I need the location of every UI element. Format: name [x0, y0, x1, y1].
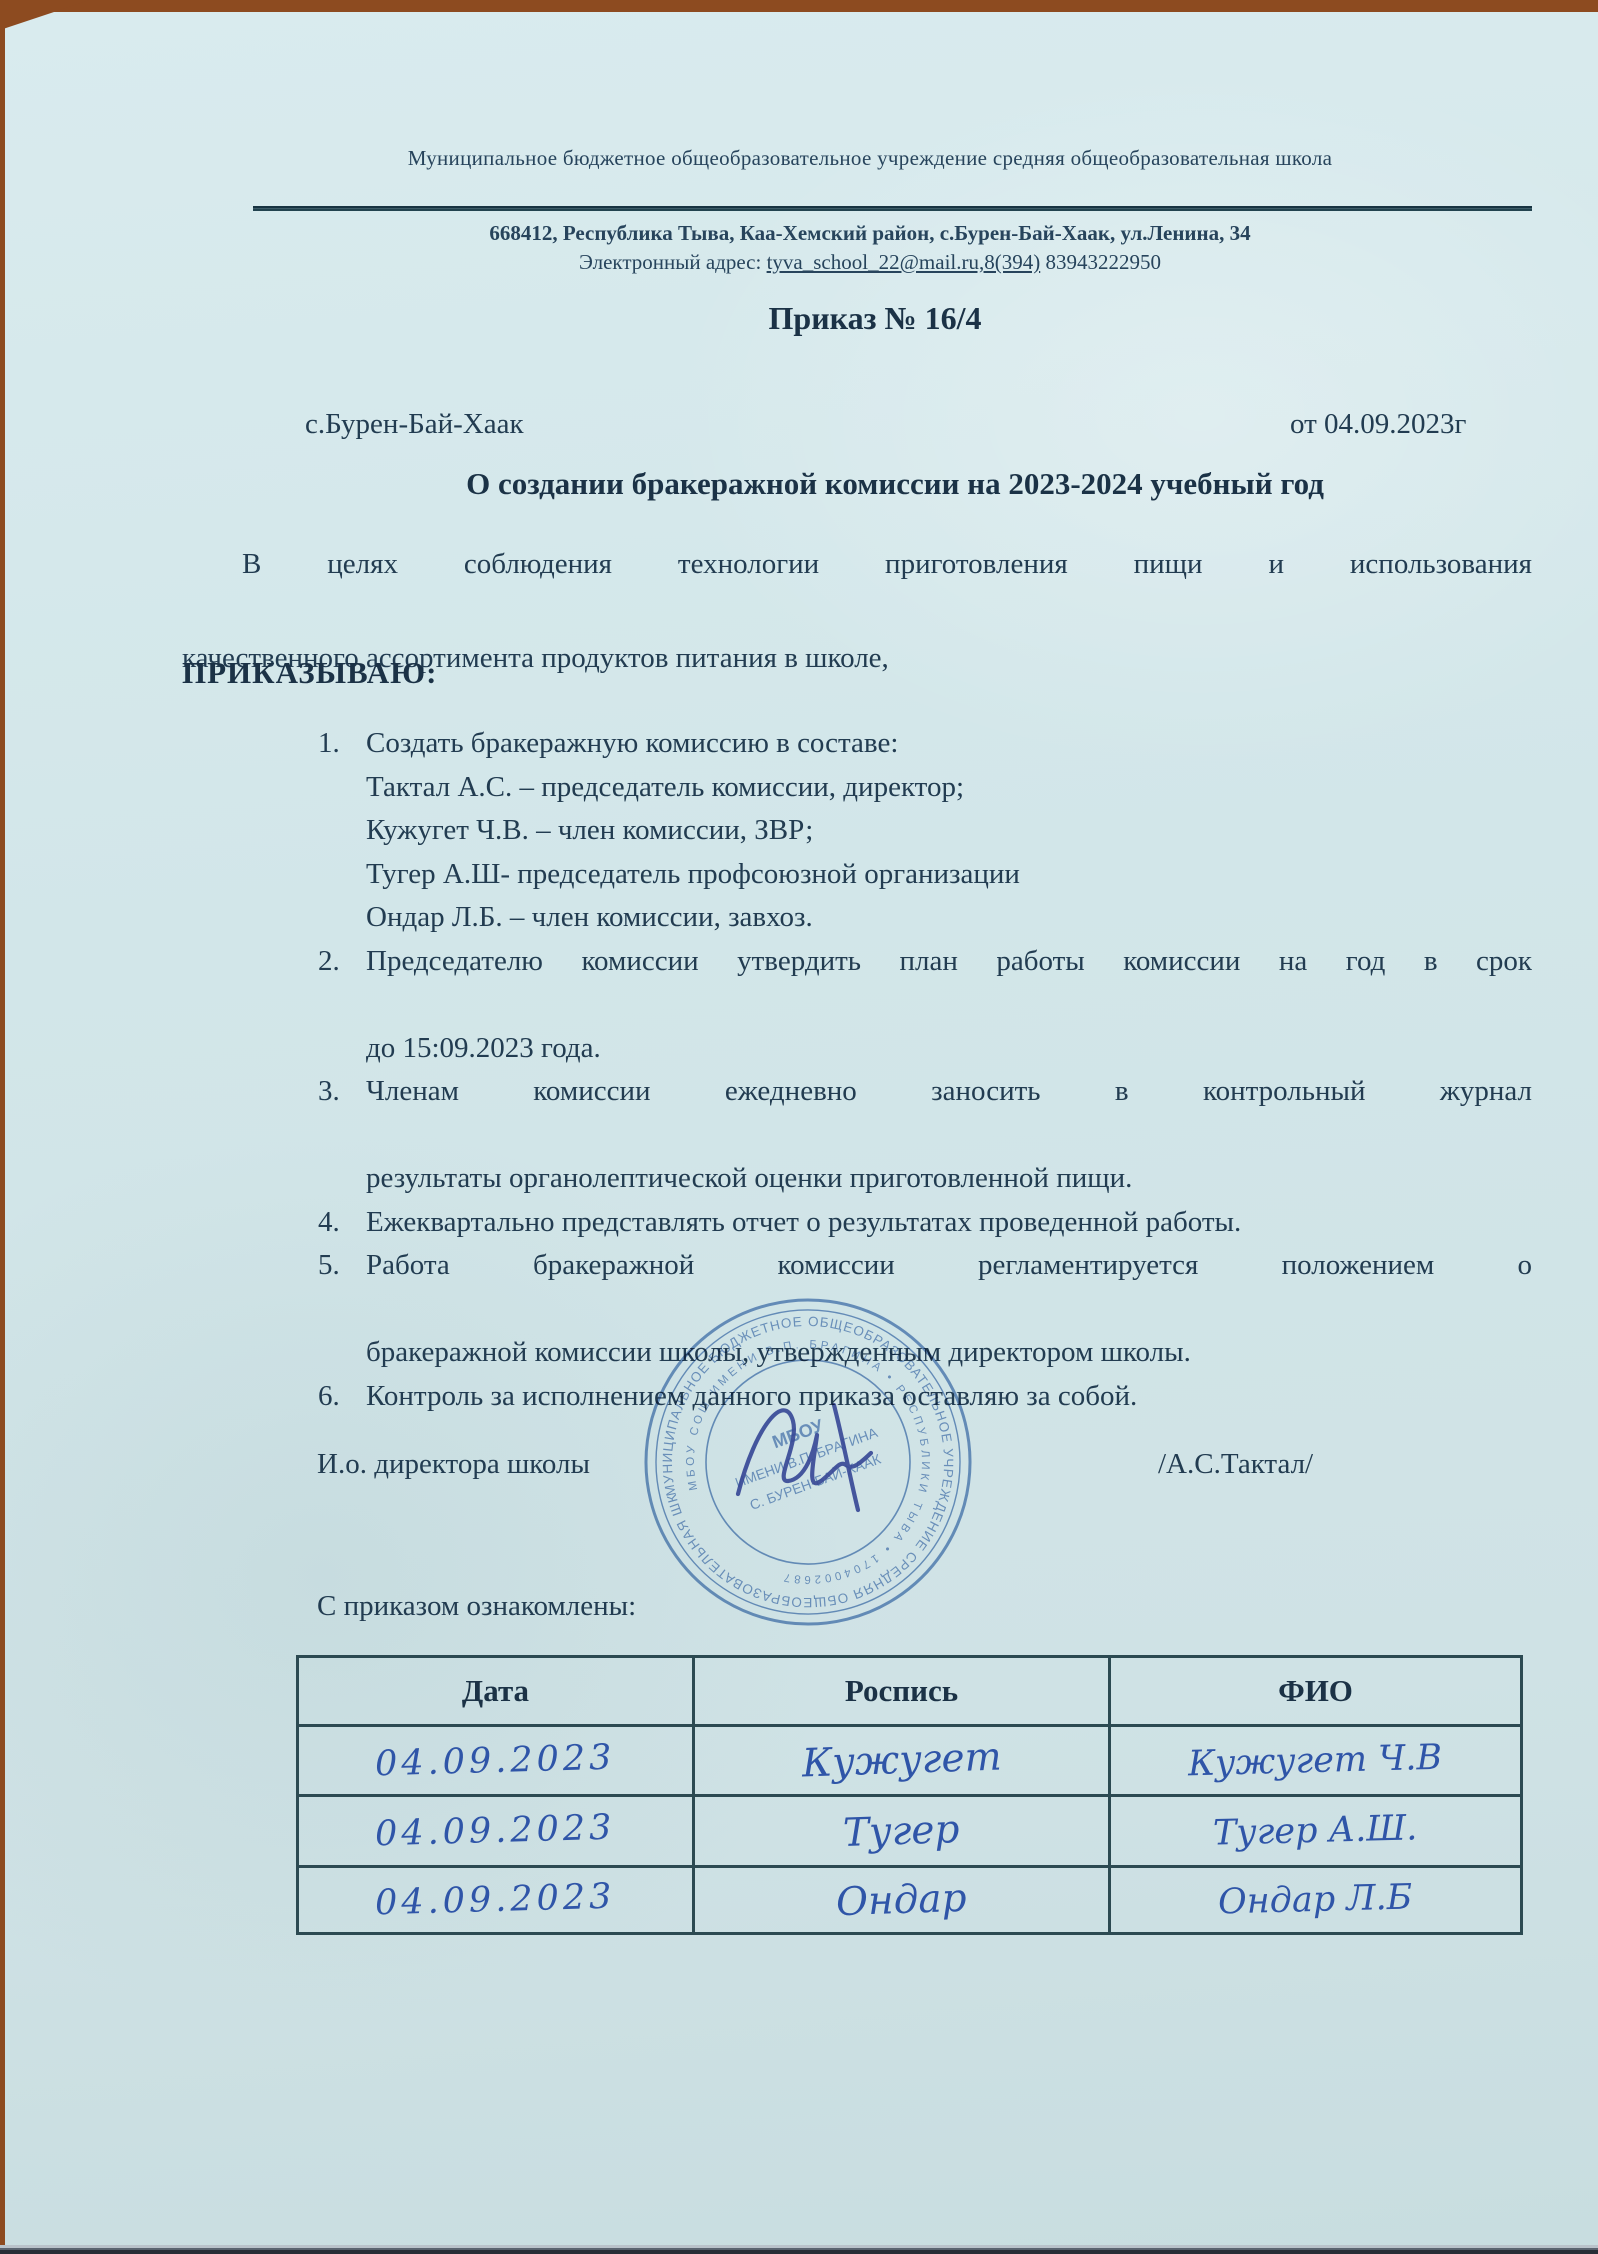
signer-name: /А.С.Тактал/ — [1158, 1448, 1313, 1481]
item-number: 2. — [318, 940, 366, 1071]
handwritten-fio: Кужугет Ч.В — [1188, 1737, 1443, 1784]
item-line: Ежеквартально представлять отчет о резул… — [366, 1201, 1532, 1245]
table-row: 04.09.2023 Тугер Тугер А.Ш. — [298, 1796, 1522, 1867]
order-item: 3. Членам комиссии ежедневно заносить в … — [318, 1070, 1532, 1201]
item-number: 4. — [318, 1201, 366, 1245]
order-item: 1. Создать бракеражную комиссию в состав… — [318, 722, 1532, 940]
organization-contacts: Электронный адрес: tyva_school_22@mail.r… — [210, 250, 1530, 275]
commission-member-line: Тактал А.С. – председатель комиссии, дир… — [366, 766, 1532, 810]
commission-member-line: Тугер А.Ш- председатель профсоюзной орга… — [366, 853, 1532, 897]
order-items-list: 1. Создать бракеражную комиссию в состав… — [318, 722, 1532, 1418]
item-number: 6. — [318, 1375, 366, 1419]
handwritten-fio: Ондар Л.Б — [1218, 1877, 1413, 1922]
order-subject: О создании бракеражной комиссии на 2023-… — [250, 466, 1540, 502]
item-line: бракеражной комиссии школы, утвержденным… — [366, 1331, 1532, 1375]
item-line: Работа бракеражной комиссии регламентиру… — [366, 1244, 1532, 1331]
email-link: tyva_school_22@mail.ru,8(394) — [767, 250, 1041, 274]
commission-member-line: Ондар Л.Б. – член комиссии, завхоз. — [366, 896, 1532, 940]
commission-member-line: Кужугет Ч.В. – член комиссии, ЗВР; — [366, 809, 1532, 853]
item-number: 1. — [318, 722, 366, 940]
item-line: Создать бракеражную комиссию в составе: — [366, 722, 1532, 766]
handwritten-signature: Ондар — [835, 1875, 967, 1925]
order-item: 6. Контроль за исполнением данного прика… — [318, 1375, 1532, 1419]
item-line: до 15:09.2023 года. — [366, 1027, 1532, 1071]
item-line: Председателю комиссии утвердить план раб… — [366, 940, 1532, 1027]
table-header-row: Дата Роспись ФИО — [298, 1657, 1522, 1726]
order-item: 5. Работа бракеражной комиссии регламент… — [318, 1244, 1532, 1375]
handwritten-date: 04.09.2023 — [375, 1808, 616, 1855]
order-number-title: Приказ № 16/4 — [220, 300, 1530, 337]
column-header-signature: Роспись — [694, 1657, 1110, 1726]
order-item: 4. Ежеквартально представлять отчет о ре… — [318, 1201, 1532, 1245]
phone-number: 83943222950 — [1040, 250, 1161, 274]
item-number: 5. — [318, 1244, 366, 1375]
organization-address: 668412, Республика Тыва, Каа-Хемский рай… — [210, 221, 1530, 246]
column-header-date: Дата — [298, 1657, 694, 1726]
signer-role: И.о. директора школы — [317, 1448, 590, 1481]
handwritten-date: 04.09.2023 — [375, 1877, 616, 1924]
handwritten-signature: Тугер — [843, 1806, 961, 1855]
order-date: от 04.09.2023г — [1290, 408, 1466, 441]
handwritten-fio: Тугер А.Ш. — [1213, 1808, 1418, 1853]
item-line: Контроль за исполнением данного приказа … — [366, 1375, 1532, 1419]
acknowledgement-table: Дата Роспись ФИО 04.09.2023 Кужугет Кужу… — [296, 1655, 1523, 1935]
item-line: результаты органолептической оценки приг… — [366, 1157, 1532, 1201]
decree-word: ПРИКАЗЫВАЮ: — [182, 655, 437, 691]
table-row: 04.09.2023 Ондар Ондар Л.Б — [298, 1867, 1522, 1934]
scanned-order-page: Муниципальное бюджетное общеобразователь… — [0, 0, 1598, 2254]
letterhead-rule — [253, 206, 1532, 211]
email-label: Электронный адрес: — [579, 250, 767, 274]
item-line: Членам комиссии ежедневно заносить в кон… — [366, 1070, 1532, 1157]
handwritten-date: 04.09.2023 — [375, 1737, 616, 1784]
organization-name: Муниципальное бюджетное общеобразователь… — [210, 146, 1530, 171]
preamble-line: В целях соблюдения технологии приготовле… — [182, 541, 1532, 635]
place-name: с.Бурен-Бай-Хаак — [305, 408, 524, 441]
item-number: 3. — [318, 1070, 366, 1201]
paper-bottom-edge — [0, 2245, 1598, 2254]
column-header-fio: ФИО — [1110, 1657, 1522, 1726]
handwritten-signature: Кужугет — [801, 1735, 1002, 1787]
acknowledgement-label: С приказом ознакомлены: — [317, 1590, 636, 1623]
table-row: 04.09.2023 Кужугет Кужугет Ч.В — [298, 1726, 1522, 1796]
order-item: 2. Председателю комиссии утвердить план … — [318, 940, 1532, 1071]
